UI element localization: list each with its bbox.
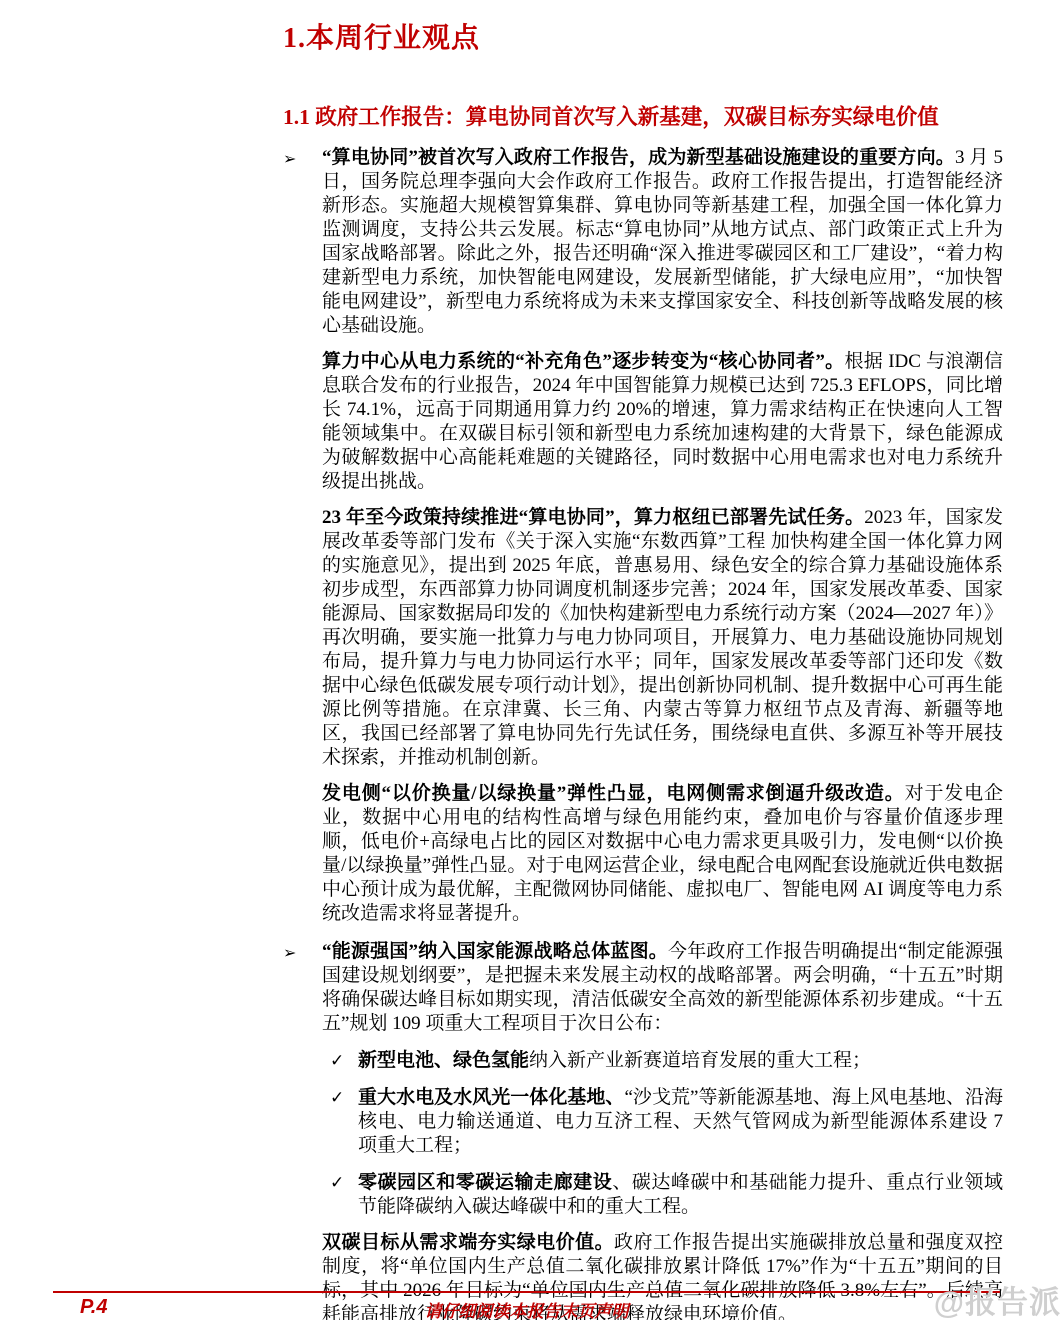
bullet-point-energy-strategy: ➢ “能源强国”纳入国家能源战略总体蓝图。今年政府工作报告明确提出“制定能源强国… (283, 940, 1003, 1036)
check-icon: ✓ (330, 1086, 344, 1110)
report-page: 1.本周行业观点 1.1 政府工作报告：算电协同首次写入新基建，双碳目标夯实绿电… (0, 0, 1061, 1320)
check-icon: ✓ (330, 1171, 344, 1195)
subsection-heading: 1.1 政府工作报告：算电协同首次写入新基建，双碳目标夯实绿电价值 (283, 102, 1003, 132)
check-list-item-hydro-wind-solar: ✓ 重大水电及水风光一体化基地、“沙戈荒”等新能源基地、海上风电基地、沿海核电、… (283, 1086, 1003, 1158)
paragraph-lead: “算电协同”被首次写入政府工作报告，成为新型基础设施建设的重要方向。 (322, 147, 955, 168)
paragraph-text: 2023 年，国家发展改革委等部门发布《关于深入实施“东数西算”工程 加快构建全… (322, 507, 1003, 768)
check-icon: ✓ (330, 1049, 344, 1073)
paragraph-generation-side: 发电侧“以价换量/以绿换量”弹性凸显，电网侧需求倒逼升级改造。对于发电企业，数据… (322, 782, 1003, 926)
paragraph-lead: 发电侧“以价换量/以绿换量”弹性凸显，电网侧需求倒逼升级改造。 (322, 783, 905, 804)
footer-disclaimer: 请仔细阅读本报告末页声明 (53, 1297, 1000, 1320)
list-item-lead: 重大水电及水风光一体化基地、 (358, 1087, 624, 1108)
paragraph-lead: “能源强国”纳入国家能源战略总体蓝图。 (322, 941, 668, 962)
footer-divider (53, 1291, 1000, 1293)
list-item-text: 纳入新产业新赛道培育发展的重大工程； (529, 1050, 871, 1071)
arrow-bullet-icon: ➢ (283, 147, 296, 171)
section-heading: 1.本周行业观点 (283, 20, 1003, 58)
paragraph-policy-history: 23 年至今政策持续推进“算电协同”，算力枢纽已部署先试任务。2023 年，国家… (322, 506, 1003, 770)
bullet-point-computing-power-policy: ➢ “算电协同”被首次写入政府工作报告，成为新型基础设施建设的重要方向。3 月 … (283, 146, 1003, 338)
check-list-item-battery-hydrogen: ✓ 新型电池、绿色氢能纳入新产业新赛道培育发展的重大工程； (283, 1049, 1003, 1073)
list-item-lead: 新型电池、绿色氢能 (358, 1050, 529, 1071)
check-list-item-zero-carbon: ✓ 零碳园区和零碳运输走廊建设、碳达峰碳中和基础能力提升、重点行业领域节能降碳纳… (283, 1171, 1003, 1219)
paragraph-computing-center: 算力中心从电力系统的“补充角色”逐步转变为“核心协同者”。根据 IDC 与浪潮信… (322, 350, 1003, 494)
paragraph-text: 根据 IDC 与浪潮信息联合发布的行业报告，2024 年中国智能算力规模已达到 … (322, 351, 1003, 492)
report-content: 1.本周行业观点 1.1 政府工作报告：算电协同首次写入新基建，双碳目标夯实绿电… (283, 20, 1003, 1320)
arrow-bullet-icon: ➢ (283, 941, 296, 965)
paragraph-text: 3 月 5 日，国务院总理李强向大会作政府工作报告。政府工作报告提出，打造智能经… (322, 147, 1003, 336)
paragraph-lead: 双碳目标从需求端夯实绿电价值。 (322, 1232, 614, 1253)
paragraph-lead: 算力中心从电力系统的“补充角色”逐步转变为“核心协同者”。 (322, 351, 844, 372)
paragraph-text: 对于发电企业，数据中心用电的结构性高增与绿色用能约束，叠加电价与容量价值逐步理顺… (322, 783, 1003, 924)
paragraph-lead: 23 年至今政策持续推进“算电协同”，算力枢纽已部署先试任务。 (322, 507, 864, 528)
list-item-lead: 零碳园区和零碳运输走廊建设 (358, 1172, 612, 1193)
watermark: @报告派 (934, 1277, 1061, 1320)
